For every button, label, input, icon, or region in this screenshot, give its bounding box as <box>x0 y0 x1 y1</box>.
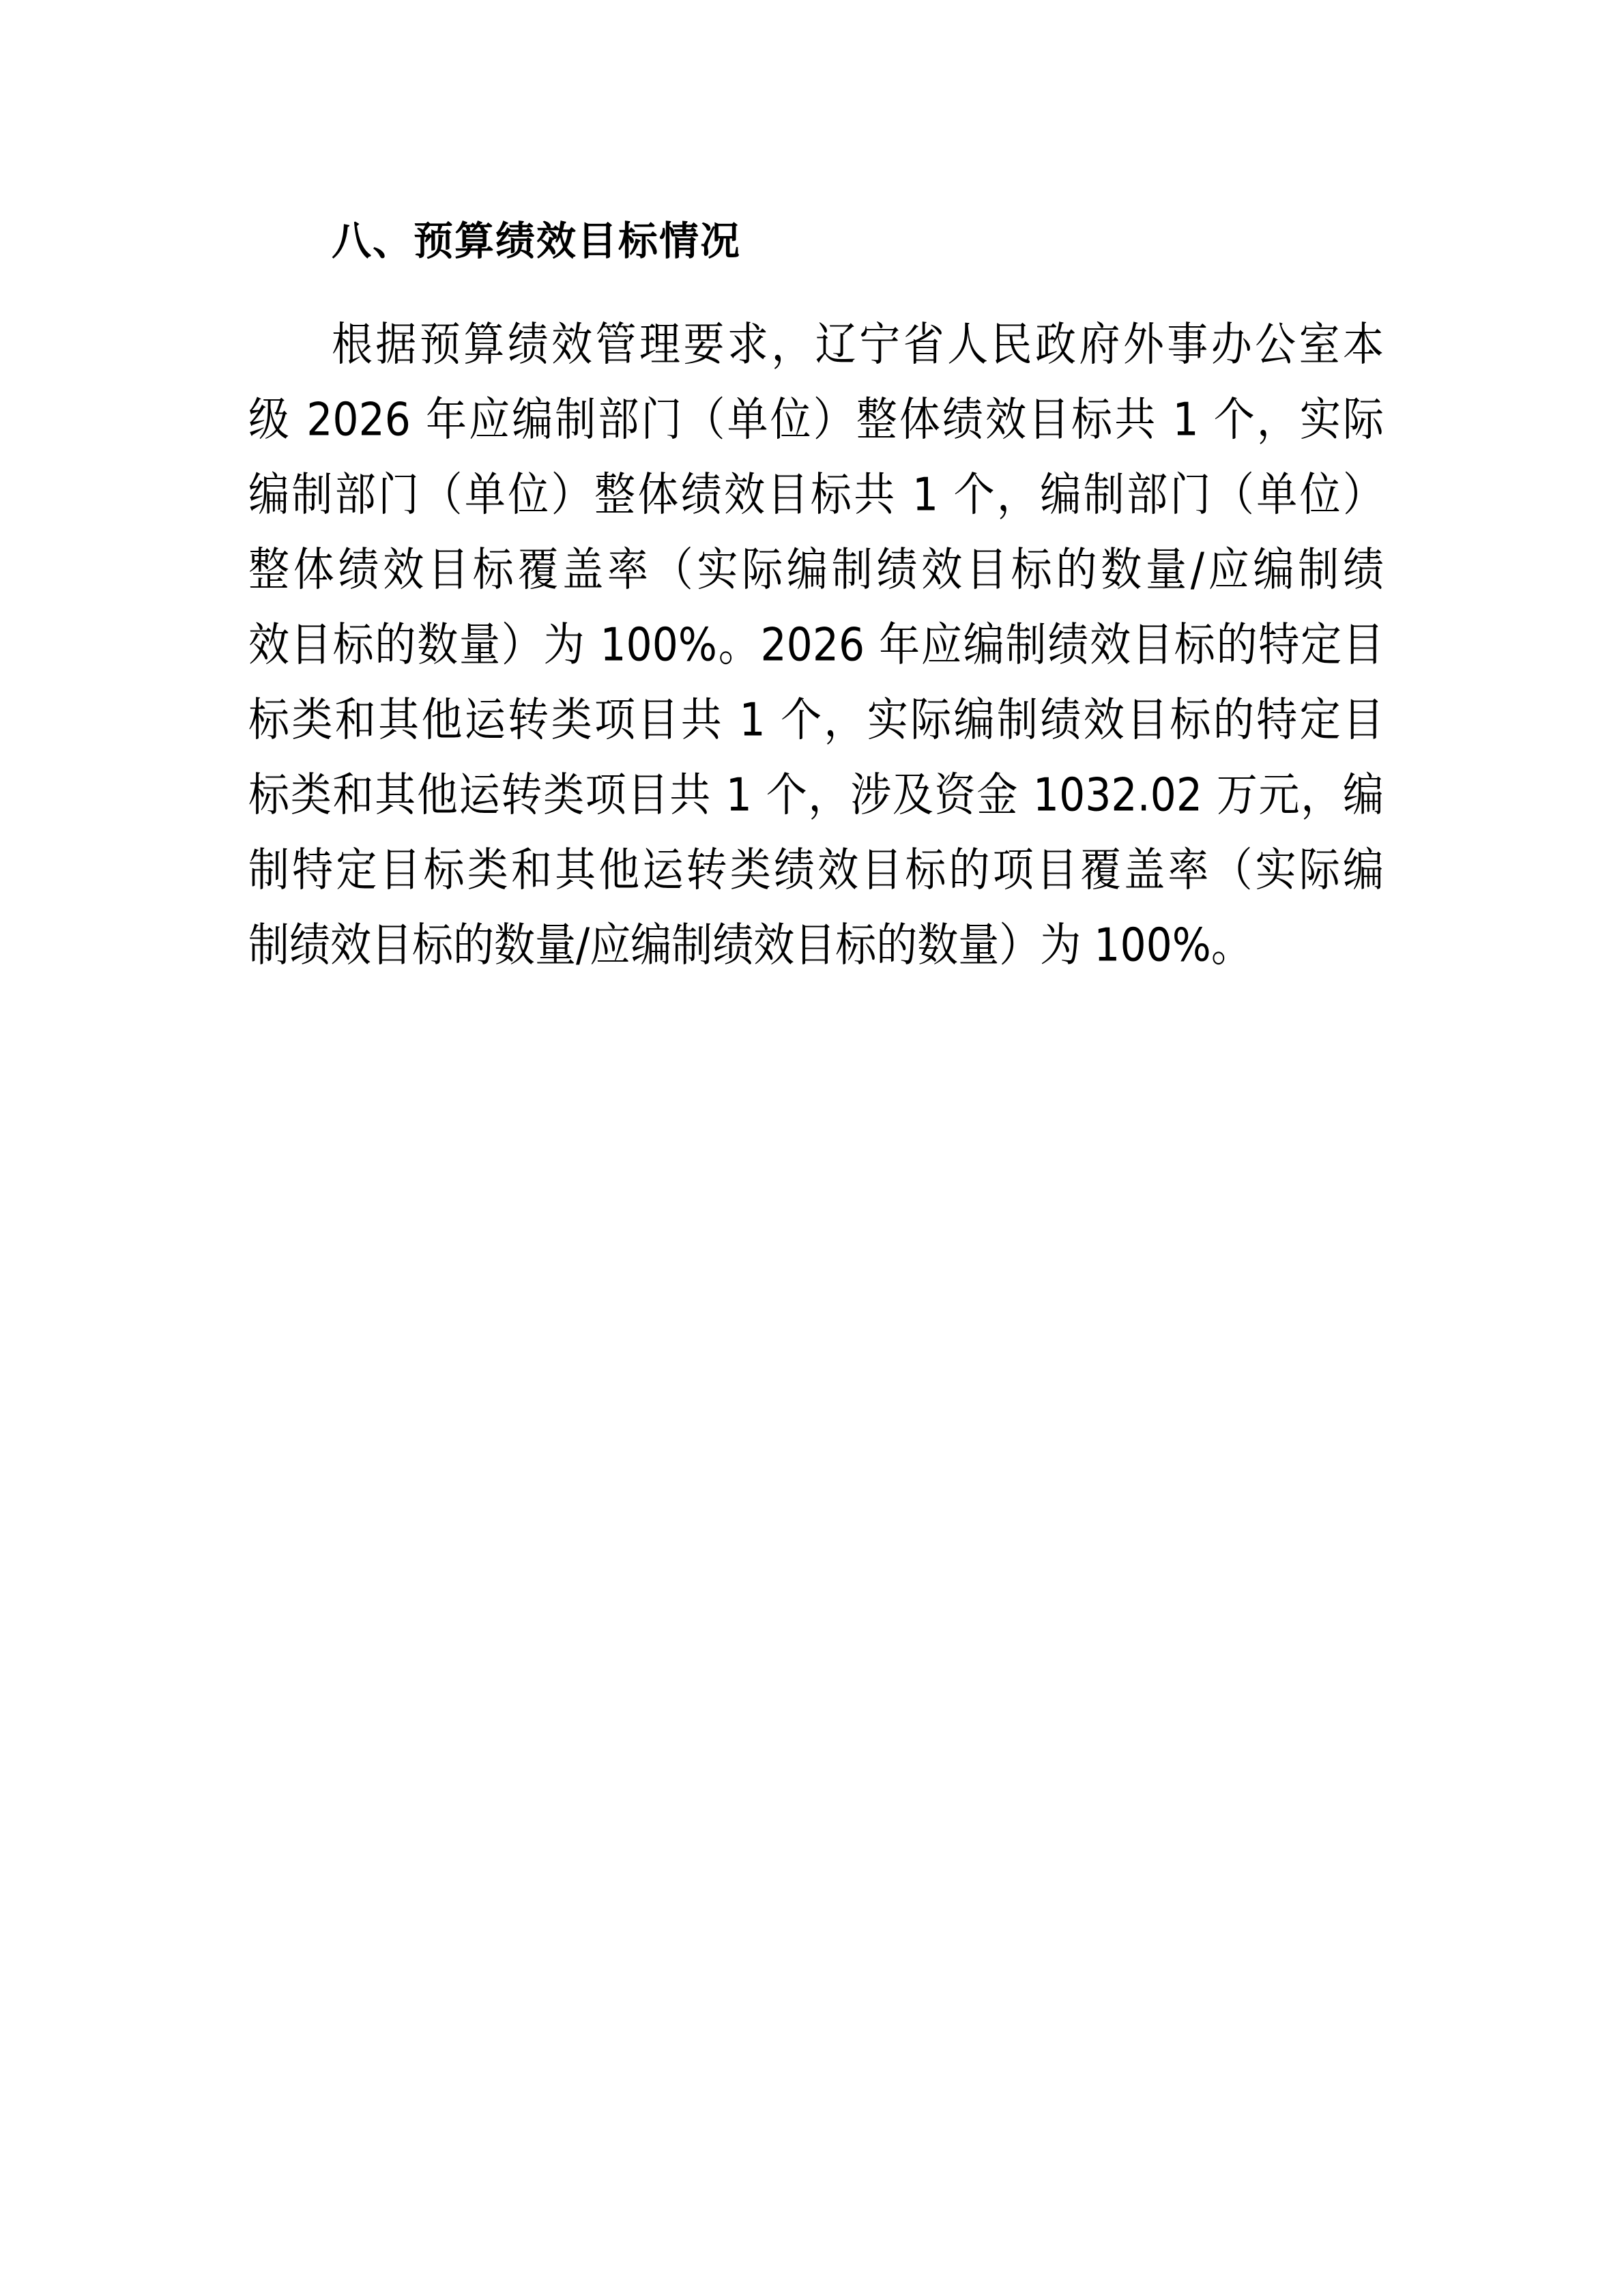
paragraph-line: 效目标的数量）为 100%。2026 年应编制绩效目标的特定目 <box>248 603 1384 687</box>
paragraph-line: 根据预算绩效管理要求，辽宁省人民政府外事办公室本 <box>248 302 1384 386</box>
paragraph-line: 制绩效目标的数量/应编制绩效目标的数量）为 100%。 <box>248 903 1384 987</box>
document-page: 八、预算绩效目标情况 根据预算绩效管理要求，辽宁省人民政府外事办公室本 级 20… <box>0 0 1624 2296</box>
paragraph-line: 制特定目标类和其他运转类绩效目标的项目覆盖率（实际编 <box>248 828 1384 912</box>
paragraph-line: 标类和其他运转类项目共 1 个，涉及资金 1032.02 万元，编 <box>248 753 1384 837</box>
paragraph-line: 编制部门（单位）整体绩效目标共 1 个，编制部门（单位） <box>248 453 1384 536</box>
paragraph-line: 整体绩效目标覆盖率（实际编制绩效目标的数量/应编制绩 <box>248 528 1384 612</box>
section-heading: 八、预算绩效目标情况 <box>332 217 741 265</box>
paragraph-line: 级 2026 年应编制部门（单位）整体绩效目标共 1 个，实际 <box>248 377 1384 461</box>
body-paragraph: 根据预算绩效管理要求，辽宁省人民政府外事办公室本 级 2026 年应编制部门（单… <box>248 307 1384 983</box>
paragraph-line: 标类和其他运转类项目共 1 个，实际编制绩效目标的特定目 <box>248 678 1384 762</box>
